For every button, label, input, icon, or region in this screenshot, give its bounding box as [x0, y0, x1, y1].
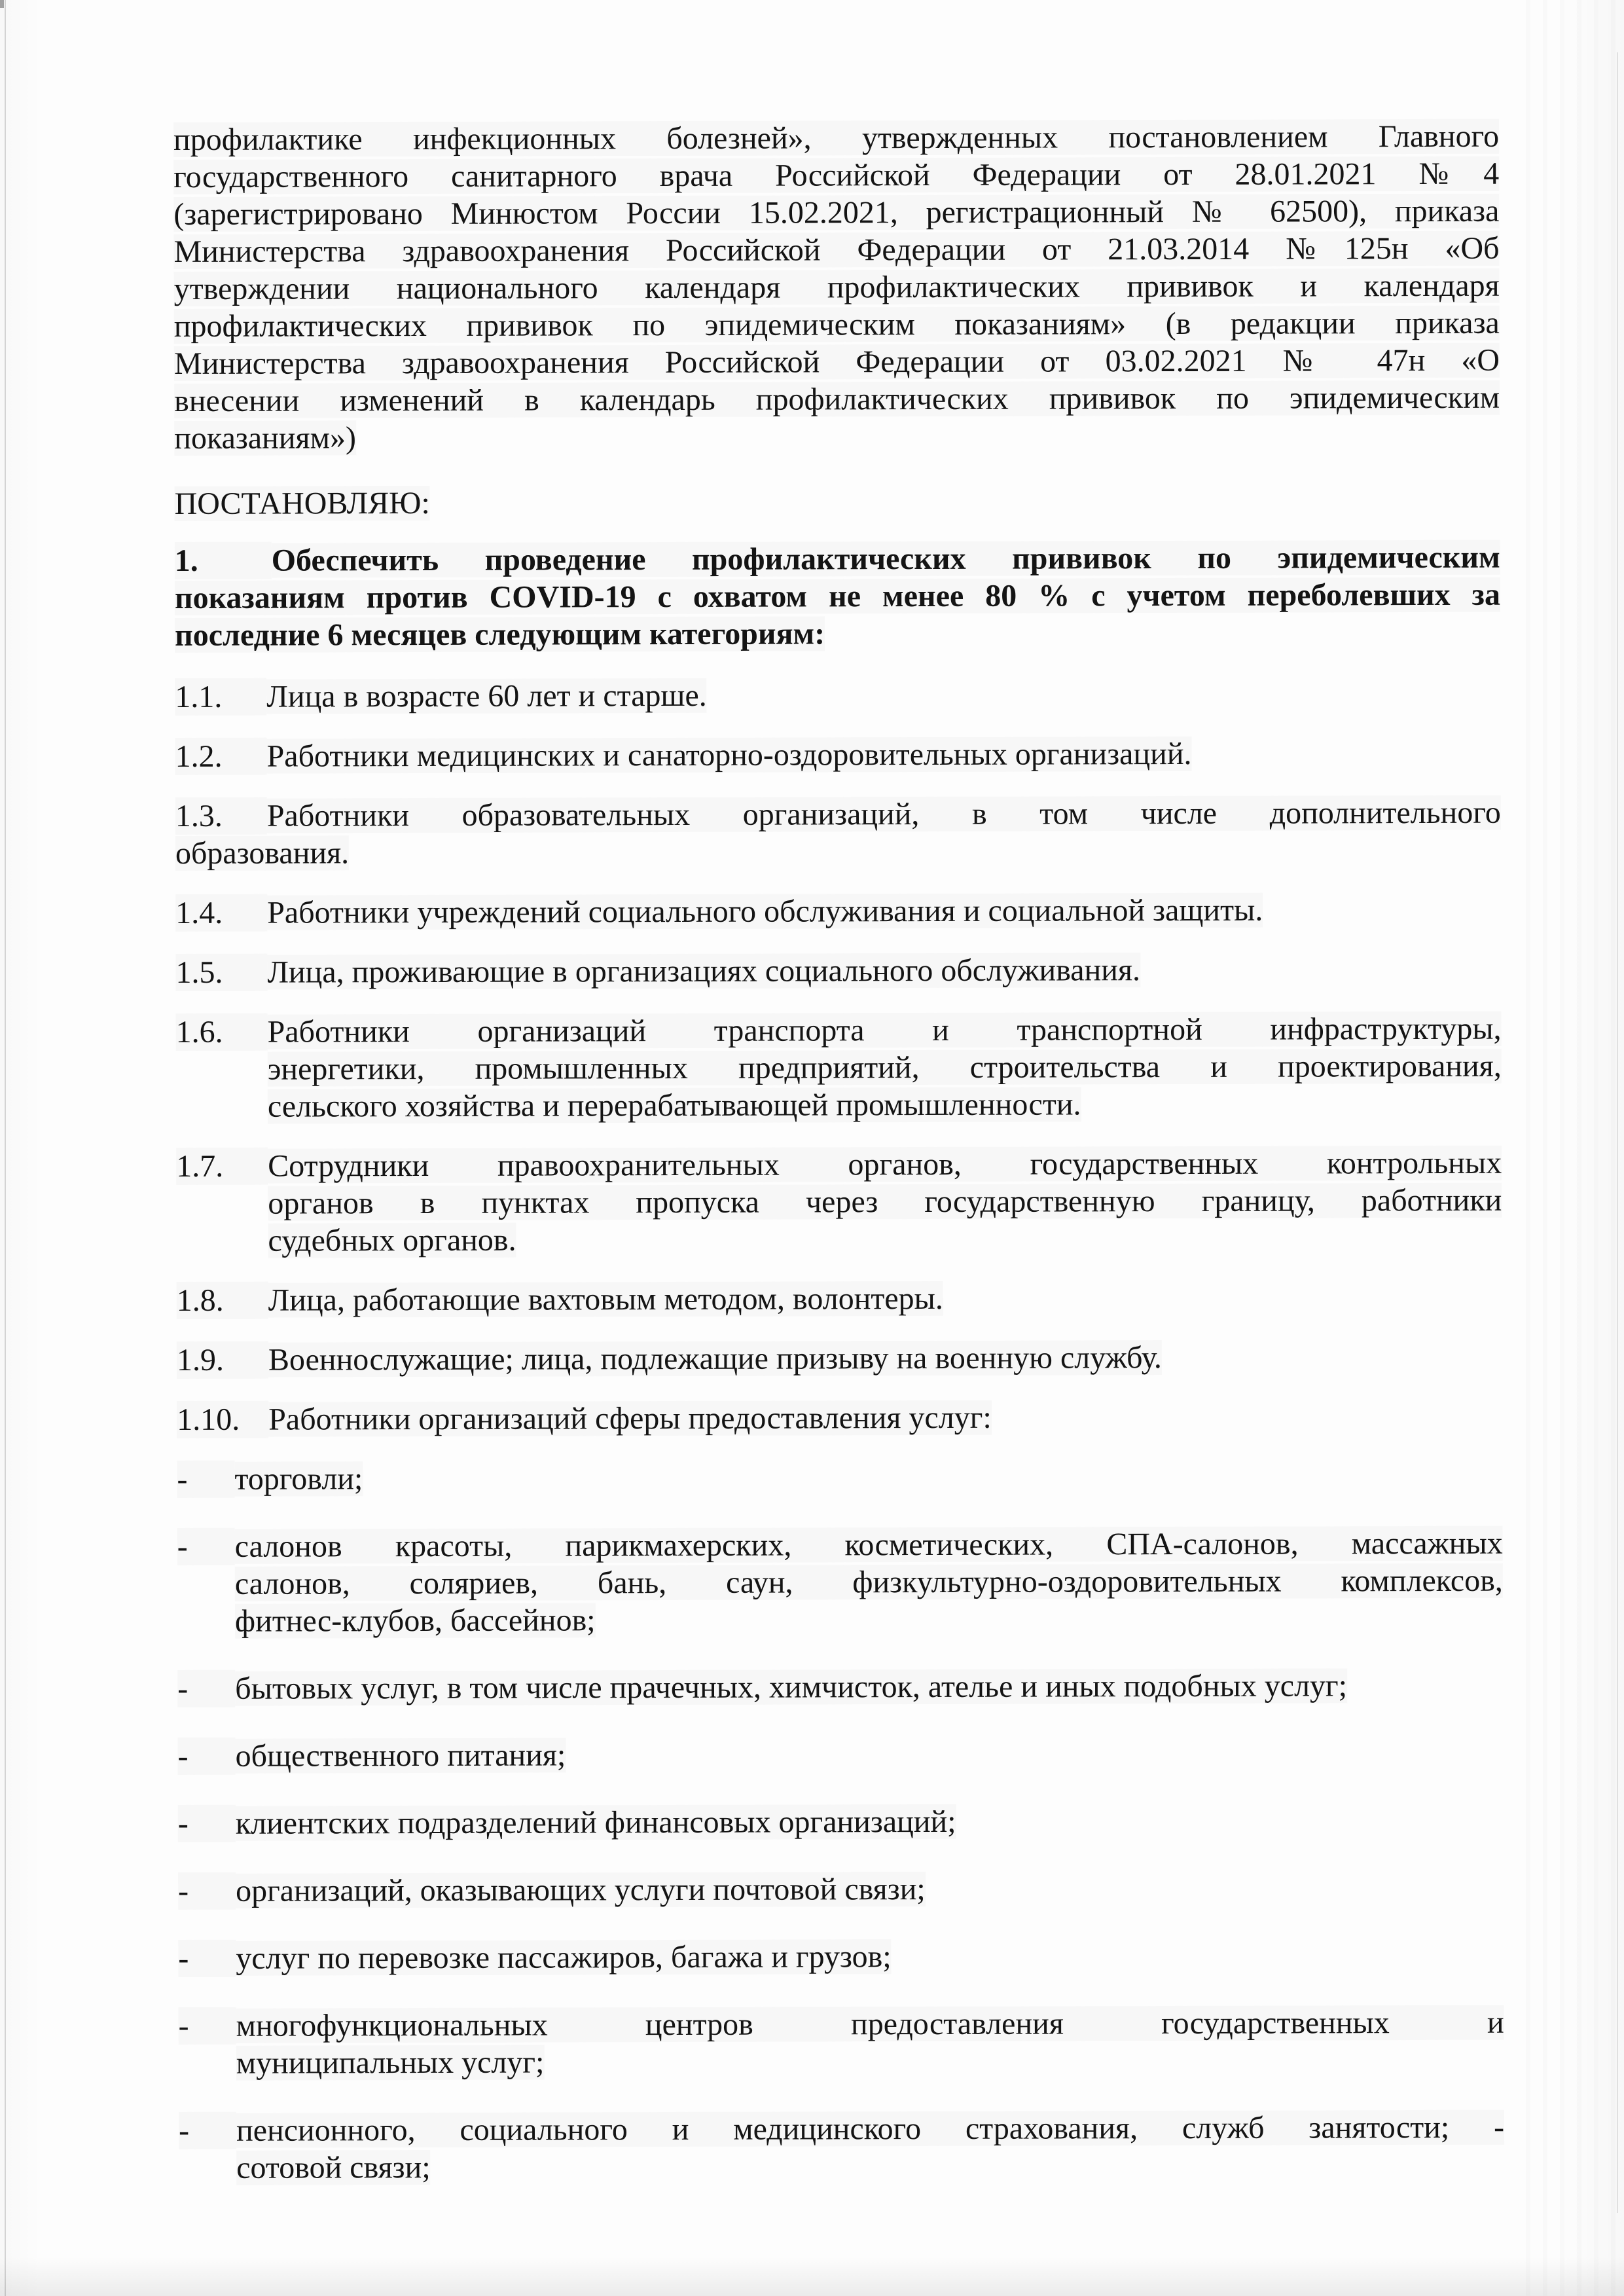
- text-run: Сотрудники правоохранительных органов, г…: [268, 1146, 1502, 1184]
- text-line: 1.9.Военнослужащие; лица, подлежащие при…: [177, 1338, 1502, 1379]
- text-run: услуг по перевозке пассажиров, багажа и …: [236, 1939, 891, 1976]
- text-line: фитнес-клубов, бассейнов;: [177, 1599, 1503, 1640]
- text-run: Лица в возрасте 60 лет и старше.: [266, 678, 707, 714]
- text-line: энергетики, промышленных предприятий, ст…: [176, 1048, 1502, 1088]
- text-line: органов в пунктах пропуска через государ…: [176, 1182, 1502, 1222]
- text-line: салонов, соляриев, бань, саун, физкульту…: [177, 1562, 1503, 1603]
- text-line: Министерства здравоохранения Российской …: [173, 230, 1499, 270]
- sub-item-1-9: 1.9.Военнослужащие; лица, подлежащие при…: [177, 1338, 1502, 1379]
- text-run: сотовой связи;: [236, 2150, 431, 2185]
- text-run: организаций, оказывающих услуги почтовой…: [236, 1872, 926, 1908]
- text-run: общественного питания;: [235, 1738, 566, 1773]
- text-run: Работники медицинских и санаторно-оздоро…: [266, 737, 1191, 774]
- bullet-dash: -: [177, 1461, 234, 1498]
- bullet-item-finance: -клиентских подразделений финансовых орг…: [178, 1802, 1504, 1842]
- text-line: внесении изменений в календарь профилакт…: [174, 379, 1500, 420]
- text-line: 1.6.Работники организаций транспорта и т…: [176, 1010, 1502, 1051]
- text-line: 1.3.Работники образовательных организаци…: [175, 794, 1501, 835]
- text-run: профилактических прививок по эпидемическ…: [174, 306, 1500, 344]
- text-run: Министерства здравоохранения Российской …: [173, 231, 1499, 269]
- text-line: сельского хозяйства и перерабатывающей п…: [176, 1085, 1502, 1125]
- bullet-dash: -: [177, 1528, 235, 1565]
- text-line: -салонов красоты, парикмахерских, космет…: [177, 1525, 1503, 1565]
- item-number: 1.3.: [175, 797, 267, 835]
- text-line: ПОСТАНОВЛЯЮ:: [174, 482, 1500, 522]
- text-run: салонов, соляриев, бань, саун, физкульту…: [235, 1563, 1503, 1601]
- scan-edge-left: [5, 0, 6, 2296]
- text-run: сельского хозяйства и перерабатывающей п…: [268, 1087, 1081, 1123]
- text-line: утверждении национального календаря проф…: [174, 267, 1500, 308]
- bullet-dash: -: [178, 1872, 236, 1910]
- text-run: Работники учреждений социального обслужи…: [267, 893, 1263, 930]
- sub-item-1-4: 1.4.Работники учреждений социального обс…: [175, 891, 1501, 932]
- text-run: (зарегистрировано Минюстом России 15.02.…: [173, 194, 1499, 232]
- item-number: 1.2.: [175, 738, 266, 775]
- text-run: Лица, проживающие в организациях социаль…: [267, 953, 1140, 989]
- text-run: муниципальных услуг;: [236, 2045, 545, 2081]
- text-run: утверждении национального календаря проф…: [174, 268, 1500, 306]
- text-run: клиентских подразделений финансовых орга…: [236, 1804, 956, 1841]
- sub-item-1-3: 1.3.Работники образовательных организаци…: [175, 794, 1501, 872]
- text-run: фитнес-клубов, бассейнов;: [235, 1603, 596, 1638]
- scan-right-shade: [1526, 0, 1624, 2296]
- text-run: внесении изменений в календарь профилакт…: [174, 380, 1500, 418]
- intro-host: профилактике инфекционных болезней», утв…: [173, 118, 1500, 457]
- item-number: 1.9.: [177, 1341, 268, 1379]
- text-line: -торговли;: [177, 1457, 1502, 1498]
- document-page: { "scan": { "paper_color": "#fdfdfd", "i…: [0, 0, 1624, 2296]
- resolve-heading: ПОСТАНОВЛЯЮ:: [174, 482, 1500, 522]
- text-run: Работники организаций транспорта и транс…: [268, 1011, 1502, 1049]
- sub-item-1-1: 1.1.Лица в возрасте 60 лет и старше.: [175, 675, 1500, 716]
- text-line: сотовой связи;: [179, 2146, 1504, 2187]
- bullet-dash: -: [178, 1805, 236, 1842]
- text-line: 1.8.Лица, работающие вахтовым методом, в…: [177, 1279, 1502, 1319]
- bullet-dash: -: [179, 2007, 236, 2045]
- text-run: энергетики, промышленных предприятий, ст…: [268, 1049, 1502, 1087]
- text-line: 1.7.Сотрудники правоохранительных органо…: [176, 1144, 1502, 1185]
- text-run: многофункциональных центров предоставлен…: [236, 2005, 1504, 2043]
- text-line: 1.1.Лица в возрасте 60 лет и старше.: [175, 675, 1500, 716]
- ordered-item-1: 1.Обеспечить проведение профилактических…: [175, 539, 1500, 654]
- text-line: муниципальных услуг;: [179, 2041, 1504, 2082]
- text-run: торговли;: [234, 1461, 363, 1497]
- sub-item-1-10: 1.10.Работники организаций сферы предост…: [177, 1398, 1502, 1438]
- item-number: 1.1.: [175, 678, 266, 716]
- text-run: Военнослужащие; лица, подлежащие призыву…: [268, 1340, 1162, 1377]
- text-run: Министерства здравоохранения Российской …: [174, 343, 1500, 381]
- text-run: ПОСТАНОВЛЯЮ:: [174, 486, 429, 521]
- bullet-dash: -: [177, 1738, 235, 1775]
- text-line: -организаций, оказывающих услуги почтово…: [178, 1869, 1504, 1910]
- text-line: -пенсионного, социального и медицинского…: [179, 2109, 1504, 2149]
- bullet-item-insurance: -пенсионного, социального и медицинского…: [179, 2109, 1504, 2187]
- paper-sheet: профилактике инфекционных болезней», утв…: [0, 0, 1624, 2296]
- sub-item-1-6: 1.6.Работники организаций транспорта и т…: [176, 1010, 1502, 1125]
- text-line: 1.Обеспечить проведение профилактических…: [175, 539, 1500, 579]
- text-run: Работники образовательных организаций, в…: [267, 795, 1501, 833]
- text-run: показаниям»): [174, 420, 356, 456]
- text-run: салонов красоты, парикмахерских, космети…: [235, 1526, 1503, 1564]
- bullet-item-beauty: -салонов красоты, парикмахерских, космет…: [177, 1525, 1503, 1640]
- bullet-dash: -: [179, 2112, 236, 2149]
- item-number: 1.6.: [176, 1013, 268, 1051]
- sub-item-1-7: 1.7.Сотрудники правоохранительных органо…: [176, 1144, 1502, 1260]
- bullet-item-trade: -торговли;: [177, 1457, 1502, 1498]
- text-line: 1.5.Лица, проживающие в организациях соц…: [175, 951, 1501, 991]
- text-line: 1.4.Работники учреждений социального обс…: [175, 891, 1501, 932]
- text-run: Работники организаций сферы предоставлен…: [268, 1400, 992, 1437]
- sub-item-1-8: 1.8.Лица, работающие вахтовым методом, в…: [177, 1279, 1502, 1319]
- bullet-dash: -: [178, 1940, 236, 1977]
- text-run: последние 6 месяцев следующим категориям…: [175, 616, 825, 653]
- text-run: органов в пунктах пропуска через государ…: [268, 1183, 1502, 1221]
- bullet-dash: -: [177, 1670, 235, 1707]
- text-run: профилактике инфекционных болезней», утв…: [173, 119, 1499, 157]
- bullet-item-post: -организаций, оказывающих услуги почтово…: [178, 1869, 1504, 1910]
- text-line: -многофункциональных центров предоставле…: [179, 2004, 1504, 2045]
- intro-paragraph: профилактике инфекционных болезней», утв…: [173, 118, 1500, 457]
- sub-item-1-5: 1.5.Лица, проживающие в организациях соц…: [175, 951, 1501, 991]
- sub-item-1-2: 1.2.Работники медицинских и санаторно-оз…: [175, 735, 1500, 775]
- text-line: образования.: [175, 831, 1501, 872]
- item-number: 1.: [175, 542, 272, 579]
- scan-corner-artifact: [0, 0, 4, 8]
- item-number: 1.7.: [176, 1148, 268, 1185]
- text-line: профилактике инфекционных болезней», утв…: [173, 118, 1499, 158]
- scan-bottom-shade: [0, 2257, 1624, 2296]
- text-line: 1.10.Работники организаций сферы предост…: [177, 1398, 1502, 1438]
- text-run: Обеспечить проведение профилактических п…: [272, 540, 1500, 578]
- text-run: образования.: [175, 835, 349, 871]
- bullet-item-catering: -общественного питания;: [177, 1734, 1503, 1775]
- text-line: профилактических прививок по эпидемическ…: [174, 304, 1500, 345]
- text-run: судебных органов.: [268, 1223, 516, 1258]
- text-line: -клиентских подразделений финансовых орг…: [178, 1802, 1504, 1842]
- item-number: 1.10.: [177, 1401, 268, 1438]
- item-number: 1.4.: [175, 894, 267, 932]
- text-line: -услуг по перевозке пассажиров, багажа и…: [178, 1937, 1504, 1977]
- text-line: показаниям против COVID-19 с охватом не …: [175, 576, 1500, 617]
- document-content: профилактике инфекционных болезней», утв…: [173, 118, 1504, 2217]
- text-line: судебных органов.: [176, 1219, 1502, 1260]
- text-run: показаниям против COVID-19 с охватом не …: [175, 577, 1500, 615]
- text-line: 1.2.Работники медицинских и санаторно-оз…: [175, 735, 1500, 775]
- text-run: бытовых услуг, в том числе прачечных, хи…: [235, 1668, 1347, 1705]
- text-run: пенсионного, социального и медицинского …: [236, 2110, 1504, 2148]
- bullet-item-household: -бытовых услуг, в том числе прачечных, х…: [177, 1667, 1503, 1707]
- text-line: -бытовых услуг, в том числе прачечных, х…: [177, 1667, 1503, 1707]
- text-line: -общественного питания;: [177, 1734, 1503, 1775]
- text-line: Министерства здравоохранения Российской …: [174, 342, 1500, 382]
- item-number: 1.5.: [175, 954, 267, 991]
- document-body: 1.Обеспечить проведение профилактических…: [175, 539, 1505, 2187]
- item-number: 1.8.: [177, 1282, 268, 1319]
- text-line: государственного санитарного врача Росси…: [173, 155, 1499, 196]
- text-run: Лица, работающие вахтовым методом, волон…: [268, 1281, 943, 1318]
- text-run: государственного санитарного врача Росси…: [173, 156, 1499, 194]
- text-line: последние 6 месяцев следующим категориям…: [175, 613, 1500, 654]
- text-line: (зарегистрировано Минюстом России 15.02.…: [173, 192, 1499, 233]
- text-line: показаниям»): [174, 416, 1500, 457]
- bullet-item-mfc: -многофункциональных центров предоставле…: [179, 2004, 1504, 2082]
- bullet-item-transportation: -услуг по перевозке пассажиров, багажа и…: [178, 1937, 1504, 1977]
